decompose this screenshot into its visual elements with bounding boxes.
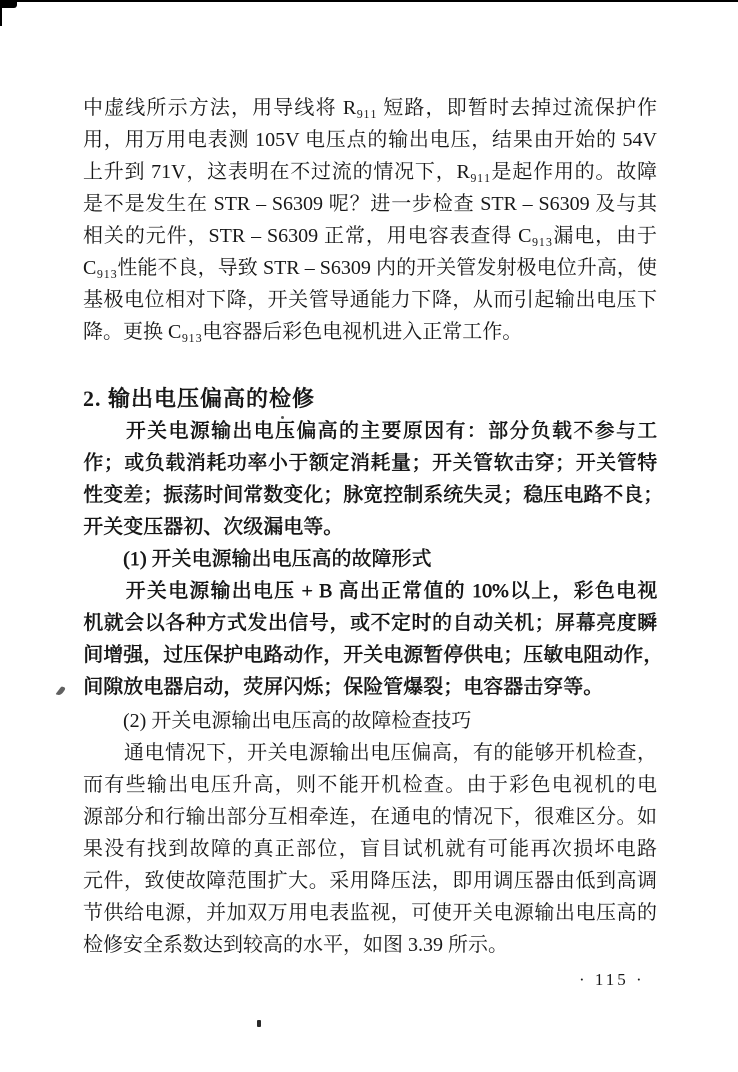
section-heading-output-voltage-high: 2. 输出电压偏高的检修 bbox=[83, 383, 657, 415]
paragraph-r911-fault-case: 中虚线所示方法，用导线将 R₉₁₁ 短路，即暂时去掉过流保护作用，用万用电表测 … bbox=[83, 92, 657, 348]
text-line: 基极电位相对下降，开关管导通能力下降，从而引起输出电压下 bbox=[83, 284, 657, 316]
text-line: 开关电源输出电压偏高的主要原因有：部分负载不参与工 bbox=[83, 415, 657, 447]
scan-speck-bottom-dot bbox=[257, 1020, 261, 1027]
scan-speck-margin-comma bbox=[55, 686, 66, 695]
text-line: 中虚线所示方法，用导线将 R₉₁₁ 短路，即暂时去掉过流保护作 bbox=[83, 92, 657, 124]
text-line: 果没有找到故障的真正部位，盲目试机就有可能再次损坏电路 bbox=[83, 833, 657, 865]
scan-corner-artifact bbox=[0, 0, 17, 8]
page-content: 中虚线所示方法，用导线将 R₉₁₁ 短路，即暂时去掉过流保护作用，用万用电表测 … bbox=[83, 0, 657, 1072]
text-line: 性变差；振荡时间常数变化；脉宽控制系统失灵；稳压电路不良； bbox=[83, 479, 657, 511]
text-line: 而有些输出电压升高，则不能开机检查。由于彩色电视机的电 bbox=[83, 769, 657, 801]
text-line: 间隙放电器启动，荧屏闪烁；保险管爆裂；电容器击穿等。 bbox=[83, 671, 657, 703]
text-line: 开关变压器初、次级漏电等。 bbox=[83, 511, 657, 543]
page-number: · 115 · bbox=[579, 970, 645, 990]
text-line: 作；或负载消耗功率小于额定消耗量；开关管软击穿；开关管特 bbox=[83, 447, 657, 479]
text-line: 是不是发生在 STR – S6309 呢？进一步检查 STR – S6309 及… bbox=[83, 188, 657, 220]
paragraph-inspection-method: 通电情况下，开关电源输出电压偏高，有的能够开机检查，而有些输出电压升高，则不能开… bbox=[83, 737, 657, 961]
scan-left-edge-artifact bbox=[0, 0, 2, 26]
text-line: C₉₁₃性能不良，导致 STR – S6309 内的开关管发射极电位升高，使 bbox=[83, 252, 657, 284]
text-line: 间增强，过压保护电路动作，开关电源暂停供电；压敏电阻动作， bbox=[83, 639, 657, 671]
text-line: 降。更换 C₉₁₃电容器后彩色电视机进入正常工作。 bbox=[83, 316, 657, 348]
book-page: 中虚线所示方法，用导线将 R₉₁₁ 短路，即暂时去掉过流保护作用，用万用电表测 … bbox=[0, 0, 738, 1072]
text-line: 元件，致使故障范围扩大。采用降压法，即用调压器由低到高调 bbox=[83, 865, 657, 897]
text-line: 通电情况下，开关电源输出电压偏高，有的能够开机检查， bbox=[83, 737, 657, 769]
text-line: 用，用万用电表测 105V 电压点的输出电压，结果由开始的 54V bbox=[83, 124, 657, 156]
text-line: 相关的元件，STR – S6309 正常，用电容表查得 C₉₁₃漏电，由于 bbox=[83, 220, 657, 252]
text-line: 上升到 71V，这表明在不过流的情况下，R₉₁₁是起作用的。故障 bbox=[83, 156, 657, 188]
subheading-fault-forms: (1) 开关电源输出电压高的故障形式 bbox=[83, 543, 657, 575]
subheading-inspection-techniques: (2) 开关电源输出电压高的故障检查技巧 bbox=[83, 705, 657, 737]
scan-speck-mid-dot bbox=[281, 416, 284, 419]
text-line: 机就会以各种方式发出信号，或不定时的自动关机；屏幕亮度瞬 bbox=[83, 607, 657, 639]
text-line: 开关电源输出电压 + B 高出正常值的 10%以上，彩色电视 bbox=[83, 575, 657, 607]
paragraph-causes-of-high-voltage: 开关电源输出电压偏高的主要原因有：部分负载不参与工作；或负载消耗功率小于额定消耗… bbox=[83, 415, 657, 543]
text-line: 检修安全系数达到较高的水平，如图 3.39 所示。 bbox=[83, 929, 657, 961]
text-line: 节供给电源，并加双万用电表监视，可使开关电源输出电压高的 bbox=[83, 897, 657, 929]
paragraph-fault-symptoms: 开关电源输出电压 + B 高出正常值的 10%以上，彩色电视机就会以各种方式发出… bbox=[83, 575, 657, 703]
text-line: 源部分和行输出部分互相牵连，在通电的情况下，很难区分。如 bbox=[83, 801, 657, 833]
